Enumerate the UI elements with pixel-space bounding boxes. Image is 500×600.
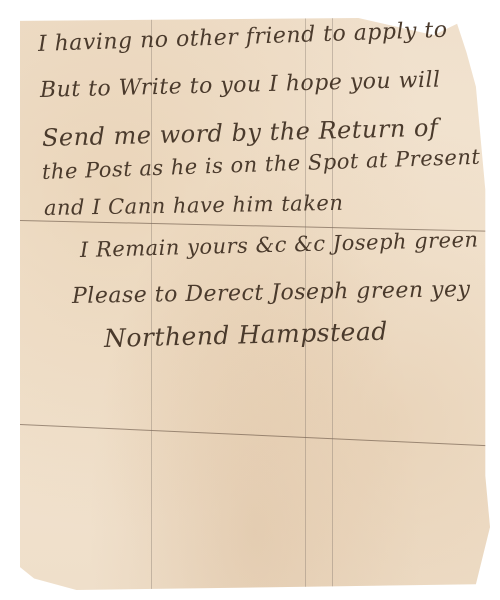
fold-crease: [20, 424, 490, 446]
